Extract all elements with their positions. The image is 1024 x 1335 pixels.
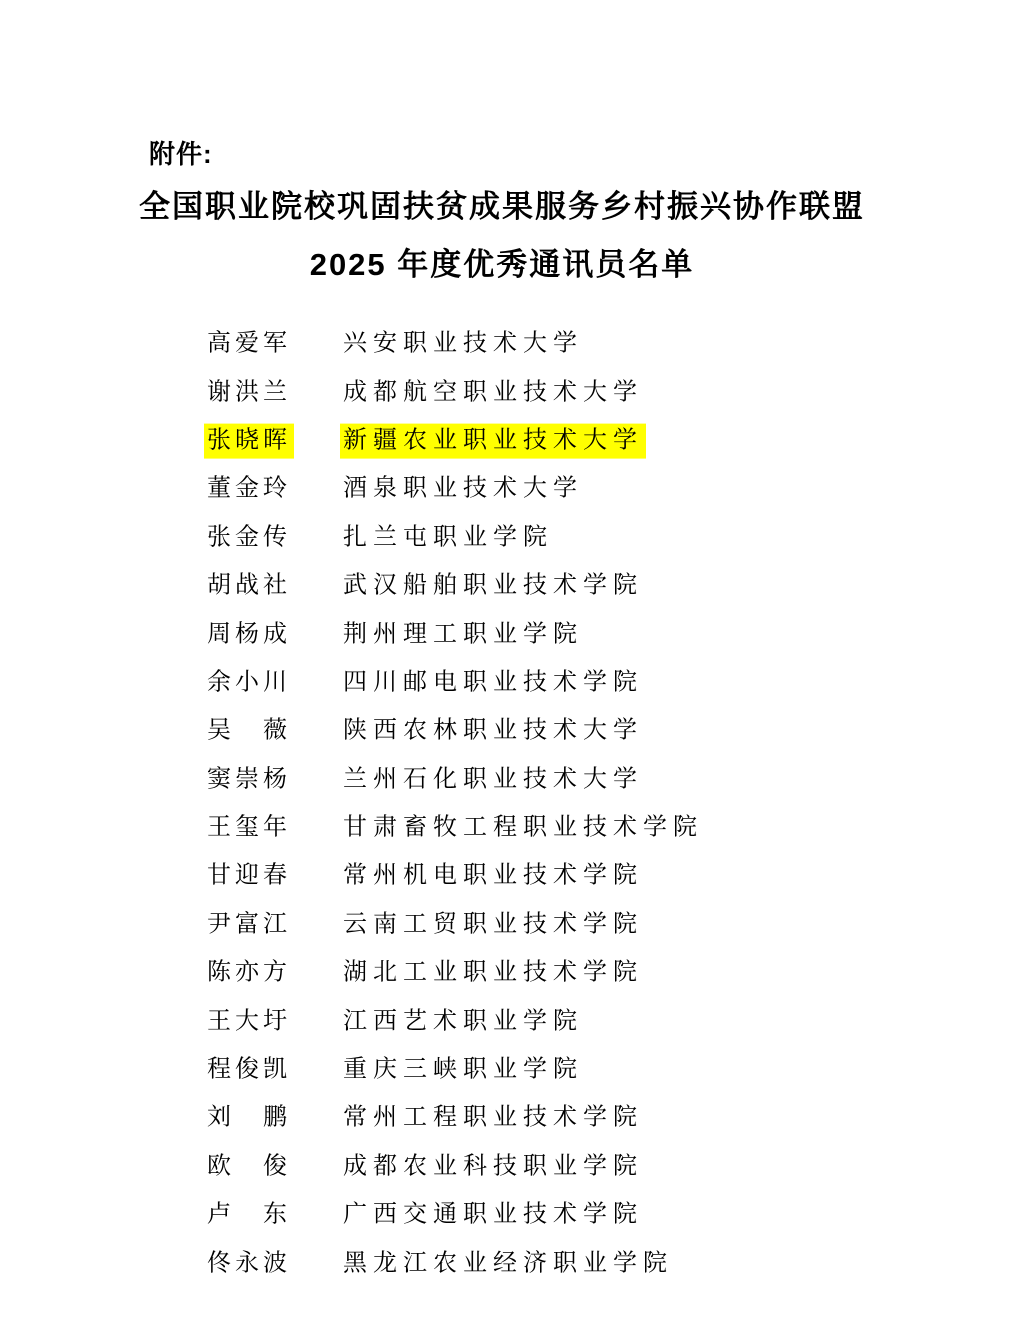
recipient-name: 陈亦方: [207, 959, 291, 988]
list-item: 佟永波 黑龙江农业经济职业学院: [0, 1239, 1024, 1287]
school-name: 扎兰屯职业学院: [343, 523, 553, 552]
recipient-name: 吴 薇: [207, 717, 291, 746]
list-item: 张金传 扎兰屯职业学院: [0, 514, 1024, 562]
school-name: 成都航空职业技术大学: [343, 378, 643, 407]
school-name: 四川邮电职业技术学院: [343, 669, 643, 698]
document-page: 附件: 全国职业院校巩固扶贫成果服务乡村振兴协作联盟 2025 年度优秀通讯员名…: [0, 0, 1024, 1335]
school-name: 重庆三峡职业学院: [343, 1056, 583, 1085]
list-item: 甘迎春 常州机电职业技术学院: [0, 852, 1024, 900]
school-name: 新疆农业职业技术大学: [343, 427, 643, 456]
recipient-name: 谢洪兰: [207, 378, 291, 407]
list-item: 欧 俊 成都农业科技职业学院: [0, 1143, 1024, 1191]
school-name: 武汉船舶职业技术学院: [343, 572, 643, 601]
list-item: 陈亦方 湖北工业职业技术学院: [0, 949, 1024, 997]
school-name: 甘肃畜牧工程职业技术学院: [343, 814, 703, 843]
recipient-name: 程俊凯: [207, 1056, 291, 1085]
recipient-name: 王大圩: [207, 1007, 291, 1036]
school-name: 黑龙江农业经济职业学院: [343, 1249, 673, 1278]
list-item: 窦崇杨 兰州石化职业技术大学: [0, 756, 1024, 804]
school-name: 江西艺术职业学院: [343, 1007, 583, 1036]
recipient-name: 胡战社: [207, 572, 291, 601]
recipient-name: 张晓晖: [207, 427, 291, 456]
recipient-name: 周杨成: [207, 620, 291, 649]
recipient-name: 张金传: [207, 523, 291, 552]
school-name: 广西交通职业技术学院: [343, 1201, 643, 1230]
recipient-name: 卢 东: [207, 1201, 291, 1230]
school-name: 荆州理工职业学院: [343, 620, 583, 649]
school-name: 兰州石化职业技术大学: [343, 765, 643, 794]
recipient-name: 窦崇杨: [207, 765, 291, 794]
list-item: 程俊凯 重庆三峡职业学院: [0, 1046, 1024, 1094]
list-item: 胡战社 武汉船舶职业技术学院: [0, 562, 1024, 610]
school-name: 湖北工业职业技术学院: [343, 959, 643, 988]
recipient-name: 余小川: [207, 669, 291, 698]
list-item: 吴 薇 陕西农林职业技术大学: [0, 707, 1024, 755]
list-item: 尹富江 云南工贸职业技术学院: [0, 901, 1024, 949]
school-name: 常州工程职业技术学院: [343, 1104, 643, 1133]
list-item: 王玺年 甘肃畜牧工程职业技术学院: [0, 804, 1024, 852]
recipient-name: 高爱军: [207, 330, 291, 359]
list-item: 刘 鹏 常州工程职业技术学院: [0, 1094, 1024, 1142]
list-item: 王大圩 江西艺术职业学院: [0, 997, 1024, 1045]
school-name: 常州机电职业技术学院: [343, 862, 643, 891]
recipient-name: 尹富江: [207, 910, 291, 939]
title-line-1: 全国职业院校巩固扶贫成果服务乡村振兴协作联盟: [0, 181, 1004, 226]
list-item: 周杨成 荆州理工职业学院: [0, 610, 1024, 658]
list-item: 张晓晖 新疆农业职业技术大学: [0, 417, 1024, 465]
attachment-label: 附件:: [149, 134, 213, 171]
school-name: 成都农业科技职业学院: [343, 1152, 643, 1181]
recipient-name: 佟永波: [207, 1249, 291, 1278]
recipient-list: 高爱军 兴安职业技术大学 谢洪兰 成都航空职业技术大学 张晓晖 新疆农业职业技术…: [0, 320, 1024, 1288]
title-line-2: 2025 年度优秀通讯员名单: [0, 239, 1004, 284]
recipient-name: 王玺年: [207, 814, 291, 843]
recipient-name: 甘迎春: [207, 862, 291, 891]
school-name: 云南工贸职业技术学院: [343, 910, 643, 939]
recipient-name: 刘 鹏: [207, 1104, 291, 1133]
school-name: 陕西农林职业技术大学: [343, 717, 643, 746]
list-item: 高爱军 兴安职业技术大学: [0, 320, 1024, 368]
list-item: 余小川 四川邮电职业技术学院: [0, 659, 1024, 707]
school-name: 兴安职业技术大学: [343, 330, 583, 359]
list-item: 董金玲 酒泉职业技术大学: [0, 465, 1024, 513]
list-item: 谢洪兰 成都航空职业技术大学: [0, 368, 1024, 416]
recipient-name: 欧 俊: [207, 1152, 291, 1181]
recipient-name: 董金玲: [207, 475, 291, 504]
school-name: 酒泉职业技术大学: [343, 475, 583, 504]
list-item: 卢 东 广西交通职业技术学院: [0, 1191, 1024, 1239]
document-title: 全国职业院校巩固扶贫成果服务乡村振兴协作联盟 2025 年度优秀通讯员名单: [0, 181, 1004, 284]
